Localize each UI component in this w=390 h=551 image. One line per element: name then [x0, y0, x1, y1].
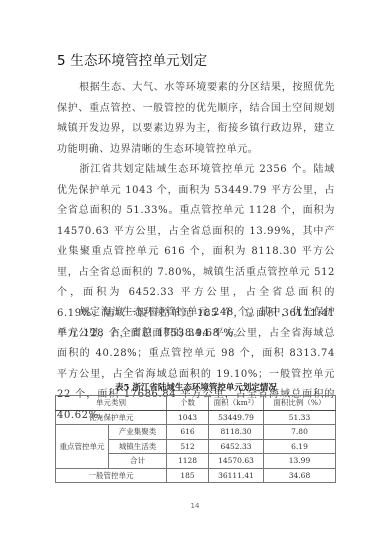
document-page: 5 生态环境管控单元划定 根据生态、大气、水等环境要素的分区结果，按照优先保护、… — [0, 0, 390, 551]
table-row: 重点管控单元 产业集聚类 616 8118.30 7.80 — [56, 425, 336, 440]
cell-ratio: 7.80 — [264, 425, 336, 440]
cell-subcategory: 城镇生活类 — [109, 439, 167, 454]
table-header-row: 单元类别 个数 面积（km²） 面积比例（%） — [56, 396, 336, 411]
header-ratio: 面积比例（%） — [264, 396, 336, 411]
table-row: 优先保护单元 1043 53449.79 51.33 — [56, 410, 336, 425]
cell-category: 一般管控单元 — [56, 468, 167, 483]
cell-count: 512 — [167, 439, 209, 454]
cell-area: 53449.79 — [209, 410, 264, 425]
header-category: 单元类别 — [56, 396, 167, 411]
cell-subcategory: 合计 — [109, 454, 167, 469]
section-heading: 5 生态环境管控单元划定 — [57, 49, 207, 69]
cell-area: 36111.41 — [209, 468, 264, 483]
cell-ratio: 34.68 — [264, 468, 336, 483]
cell-subcategory: 产业集聚类 — [109, 425, 167, 440]
paragraph-1-text: 根据生态、大气、水等环境要素的分区结果，按照优先保护、重点管控、一般管控的优先顺… — [57, 82, 335, 155]
header-area: 面积（km²） — [209, 396, 264, 411]
table-row: 一般管控单元 185 36111.41 34.68 — [56, 468, 336, 483]
cell-ratio: 13.99 — [264, 454, 336, 469]
cell-area: 14570.63 — [209, 454, 264, 469]
table-caption: 表5 浙江省陆域生态环境管控单元划定情况 — [57, 381, 335, 393]
cell-ratio: 6.19 — [264, 439, 336, 454]
cell-count: 1043 — [167, 410, 209, 425]
cell-category: 优先保护单元 — [56, 410, 167, 425]
header-count: 个数 — [167, 396, 209, 411]
cell-count: 185 — [167, 468, 209, 483]
cell-count: 1128 — [167, 454, 209, 469]
paragraph-1: 根据生态、大气、水等环境要素的分区结果，按照优先保护、重点管控、一般管控的优先顺… — [57, 78, 335, 160]
unit-table: 单元类别 个数 面积（km²） 面积比例（%） 优先保护单元 1043 5344… — [55, 395, 336, 483]
cell-count: 616 — [167, 425, 209, 440]
cell-category: 重点管控单元 — [56, 425, 109, 469]
cell-area: 8118.30 — [209, 425, 264, 440]
cell-area: 6452.33 — [209, 439, 264, 454]
cell-ratio: 51.33 — [264, 410, 336, 425]
page-number: 14 — [0, 502, 390, 510]
